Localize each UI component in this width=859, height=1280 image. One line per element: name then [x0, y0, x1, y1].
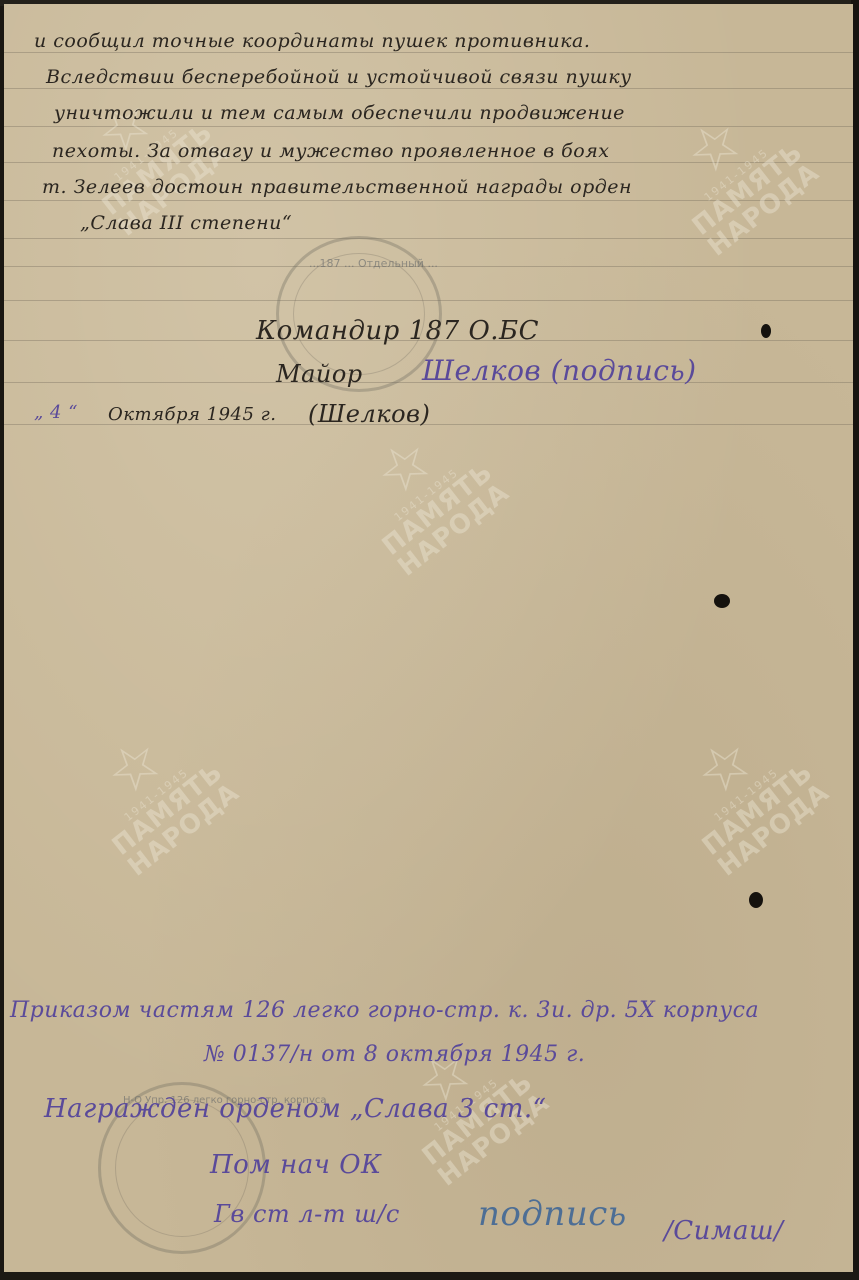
ruled-line [4, 52, 853, 53]
order-line-5: Гв ст л-т ш/с [214, 1200, 400, 1228]
punch-hole [714, 594, 730, 608]
order-line-2: № 0137/н от 8 октября 1945 г. [204, 1042, 585, 1067]
punch-hole [749, 892, 763, 908]
ruled-line [4, 238, 853, 239]
ruled-line [4, 88, 853, 89]
commander-title: Командир 187 О.БС [256, 316, 539, 346]
commander-signature: Шелков (подпись) [422, 354, 697, 387]
commander-rank: Майор [276, 360, 363, 388]
body-line-4: пехоты. За отвагу и мужество проявленное… [52, 140, 610, 162]
order-line-1: Приказом частям 126 легко горно-стр. к. … [10, 998, 759, 1023]
order-line-3: Награжден орденом „Слава 3 ст.“ [44, 1094, 546, 1124]
document-page: ☆ 1941-1945 ПАМЯТЬ НАРОДА ☆ 1941-1945 ПА… [4, 4, 853, 1272]
watermark: ☆ 1941-1945 ПАМЯТЬ НАРОДА [644, 83, 824, 261]
order-line-4: Пом нач ОК [210, 1150, 382, 1180]
order-signer-name: /Симаш/ [664, 1216, 783, 1246]
body-line-6: „Слава III степени“ [80, 212, 292, 234]
ruled-line [4, 200, 853, 201]
watermark: ☆ 1941-1945 ПАМЯТЬ НАРОДА [654, 703, 834, 881]
body-line-2: Вследствии бесперебойной и устойчивой св… [46, 66, 632, 88]
date-rest: Октября 1945 г. [108, 404, 277, 425]
watermark: ☆ 1941-1945 ПАМЯТЬ НАРОДА [64, 703, 244, 881]
commander-name: (Шелков) [308, 400, 430, 428]
punch-hole [761, 324, 771, 338]
ruled-line [4, 162, 853, 163]
date-day: „ 4 “ [34, 402, 78, 423]
ruled-line [4, 126, 853, 127]
body-line-5: т. Зелеев достоин правительственной нагр… [42, 176, 632, 198]
body-line-3: уничтожили и тем самым обеспечили продви… [54, 102, 625, 124]
order-signature: подпись [478, 1194, 627, 1234]
watermark: ☆ 1941-1945 ПАМЯТЬ НАРОДА [334, 403, 514, 581]
body-line-1: и сообщил точные координаты пушек против… [34, 30, 590, 52]
